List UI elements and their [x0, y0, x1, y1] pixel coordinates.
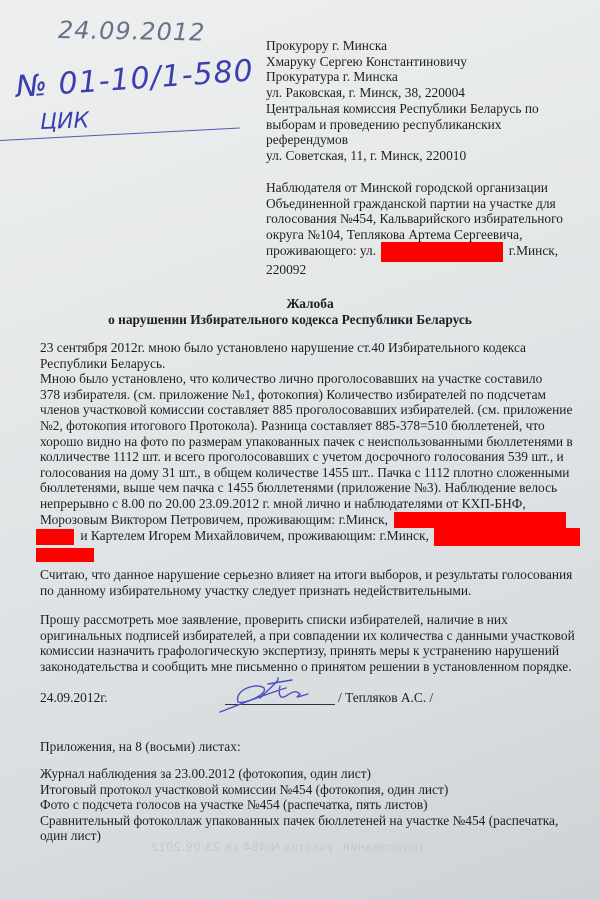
text-line: по данному избирательному участку следуе… — [40, 583, 570, 599]
text-line: непрерывно с 8.00 по 20.00 23.09.2012 г.… — [40, 496, 570, 512]
document-title: Жалоба — [60, 296, 560, 312]
text-line-with-redaction: Морозовым Виктором Петровичем, проживающ… — [40, 512, 570, 529]
text-line: членов участковой комиссии составляет 88… — [40, 402, 570, 418]
handwritten-registration-number: № 01-10/1-580 — [15, 53, 255, 105]
addr-line: Хмаруку Сергею Константиновичу — [266, 54, 576, 70]
addressee-prosecutor: Прокурору г. Минска Хмаруку Сергею Конст… — [266, 38, 576, 100]
document-subtitle: о нарушении Избирательного кодекса Респу… — [40, 312, 540, 328]
signature-date: 24.09.2012г. — [40, 690, 108, 706]
redaction-box — [434, 528, 580, 546]
text-line: законодательства и сообщить мне письменн… — [40, 659, 570, 675]
attachments-list: Журнал наблюдения за 23.00.2012 (фотокоп… — [40, 766, 558, 844]
text-line: Считаю, что данное нарушение серьезно вл… — [40, 567, 570, 583]
addr-line: Объединенной гражданской партии на участ… — [266, 196, 576, 212]
text-line: Республики Беларусь. — [40, 356, 570, 372]
attachment-item: Сравнительный фотоколлаж упакованных пач… — [40, 813, 558, 829]
text-line: 378 избирателя. (см. приложение №1, фото… — [40, 387, 570, 403]
attachment-item: Журнал наблюдения за 23.00.2012 (фотокоп… — [40, 766, 558, 782]
addr-line: 220092 — [266, 262, 576, 278]
text-line: колличестве 1112 шт. и всего проголосова… — [40, 449, 570, 465]
text-segment: Морозовым Виктором Петровичем, проживающ… — [40, 512, 388, 527]
text-line: 23 сентября 2012г. мною было установлено… — [40, 340, 570, 356]
text-line-with-redaction: и Картелем Игорем Михайловичем, проживаю… — [36, 528, 570, 546]
addr-line: голосования №454, Кальварийского избират… — [266, 211, 576, 227]
addr-line: ул. Раковская, г. Минск, 38, 220004 — [266, 85, 576, 101]
attachments-heading: Приложения, на 8 (восьми) листах: — [40, 739, 241, 755]
addr-line: референдумов — [266, 132, 576, 148]
complaint-paragraph-2: Считаю, что данное нарушение серьезно вл… — [40, 567, 570, 598]
text-line: №2, фотокопия итогового Протокола). Разн… — [40, 418, 570, 434]
bleed-through-text: ...голосования, участок №454 за 23.09.20… — [150, 840, 436, 854]
sender-observer: Наблюдателя от Минской городской организ… — [266, 180, 576, 278]
addr-line: Наблюдателя от Минской городской организ… — [266, 180, 576, 196]
address-suffix: г.Минск, — [509, 243, 558, 258]
complaint-paragraph-3: Прошу рассмотреть мое заявление, провери… — [40, 612, 570, 674]
redaction-box — [36, 529, 74, 545]
attachment-item: Фото с подсчета голосов на участке №454 … — [40, 797, 558, 813]
addr-line: Центральная комиссия Республики Беларусь… — [266, 101, 576, 117]
text-line: бюллетенями, выше чем пачка с 1455 бюлле… — [40, 480, 570, 496]
address-prefix: проживающего: ул. — [266, 243, 376, 258]
attachment-item: Итоговый протокол участковой комиссии №4… — [40, 782, 558, 798]
handwritten-signature-icon — [216, 676, 336, 716]
complaint-paragraph-1: 23 сентября 2012г. мною было установлено… — [40, 340, 570, 562]
text-segment: и Картелем Игорем Михайловичем, проживаю… — [80, 529, 429, 544]
addr-line: округа №104, Теплякова Артема Сергеевича… — [266, 227, 576, 243]
addr-line: выборам и проведению республиканских — [266, 117, 576, 133]
addr-line: Прокуратура г. Минска — [266, 69, 576, 85]
text-line: комиссии назначить графологическую экспе… — [40, 643, 570, 659]
handwritten-underline — [0, 127, 240, 141]
addr-line-with-redaction: проживающего: ул. г.Минск, — [266, 242, 576, 262]
addressee-commission: Центральная комиссия Республики Беларусь… — [266, 101, 576, 163]
text-line: хорошо видно на фото по размерам упакова… — [40, 434, 570, 450]
redaction-box — [394, 512, 566, 528]
redaction-box — [381, 242, 503, 262]
addr-line: ул. Советская, 11, г. Минск, 220010 — [266, 148, 576, 164]
redaction-line — [36, 546, 570, 562]
text-line: Прошу рассмотреть мое заявление, провери… — [40, 612, 570, 628]
handwritten-date: 24.09.2012 — [58, 16, 206, 47]
signatory-name: / Тепляков А.С. / — [338, 690, 433, 706]
addr-line: Прокурору г. Минска — [266, 38, 576, 54]
text-line: голосования на дому 31 шт., в общем коли… — [40, 465, 570, 481]
redaction-box — [36, 548, 94, 562]
handwritten-organization: ЦИК — [40, 108, 90, 135]
text-line: Мною было установлено, что количество ли… — [40, 371, 570, 387]
text-line: оригинальных подписей избирателей, а при… — [40, 628, 570, 644]
scanned-document-page: 24.09.2012 № 01-10/1-580 ЦИК Прокурору г… — [0, 0, 600, 900]
